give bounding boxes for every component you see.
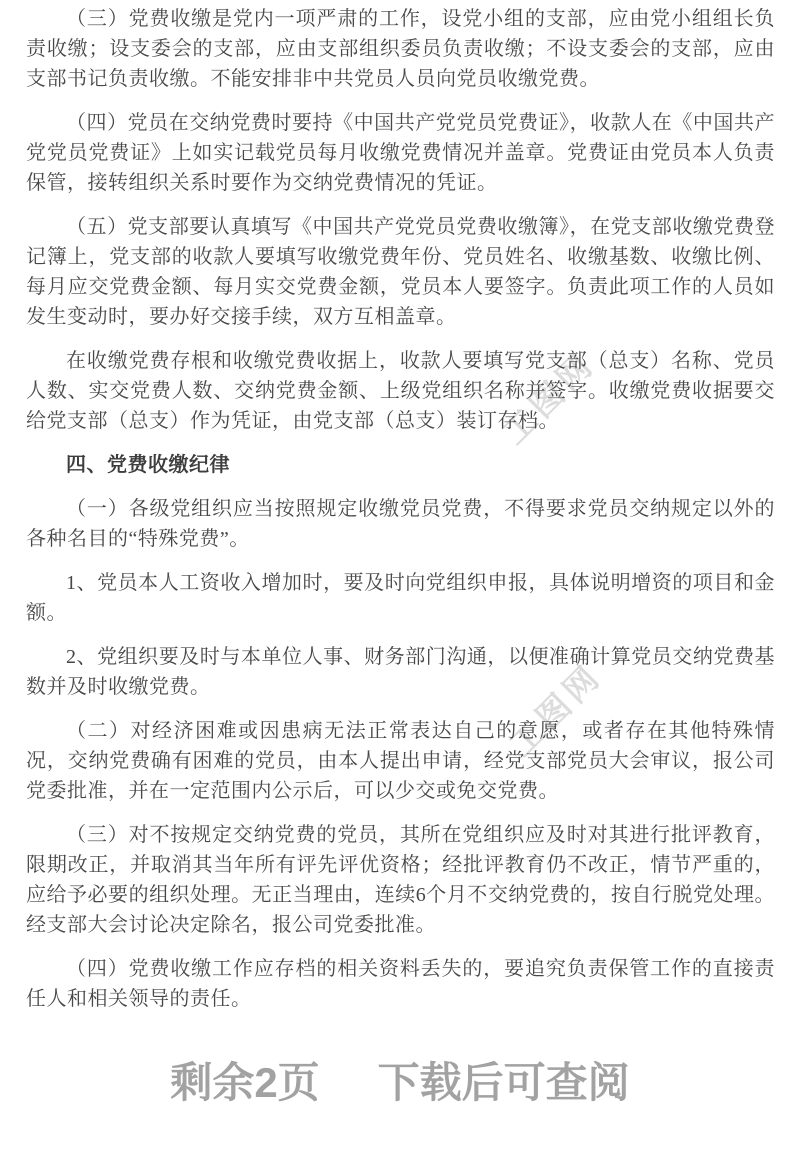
document-page: 工图网 工图网 （三）党费收缴是党内一项严肃的工作，设党小组的支部，应由党小组组…: [0, 0, 800, 1167]
paragraph: （四）党员在交纳党费时要持《中国共产党党员党费证》，收款人在《中国共产党党员党费…: [26, 108, 775, 198]
section-heading: 四、党费收缴纪律: [26, 450, 775, 480]
paragraph: 2、党组织要及时与本单位人事、财务部门沟通，以便准确计算党员交纳党费基数并及时收…: [26, 642, 775, 702]
document-body: （三）党费收缴是党内一项严肃的工作，设党小组的支部，应由党小组组长负责收缴；设支…: [26, 0, 775, 1014]
paragraph: （四）党费收缴工作应存档的相关资料丢失的，要追究负责保管工作的直接责任人和相关领…: [26, 954, 775, 1014]
remaining-pages-text: 剩余2页: [170, 1059, 319, 1106]
download-hint-text: 下载后可查阅: [378, 1059, 630, 1106]
paragraph: （五）党支部要认真填写《中国共产党党员党费收缴簿》，在党支部收缴党费登记簿上，党…: [26, 212, 775, 332]
paragraph: 1、党员本人工资收入增加时，要及时向党组织申报，具体说明增资的项目和金额。: [26, 568, 775, 628]
paragraph: （一）各级党组织应当按照规定收缴党员党费，不得要求党员交纳规定以外的各种名目的“…: [26, 494, 775, 554]
paragraph: 在收缴党费存根和收缴党费收据上，收款人要填写党支部（总支）名称、党员人数、实交党…: [26, 346, 775, 436]
paragraph: （三）对不按规定交纳党费的党员，其所在党组织应及时对其进行批评教育，限期改正，并…: [26, 820, 775, 940]
paragraph: （三）党费收缴是党内一项严肃的工作，设党小组的支部，应由党小组组长负责收缴；设支…: [26, 4, 775, 94]
download-banner[interactable]: 剩余2页下载后可查阅: [0, 1058, 800, 1108]
paragraph: （二）对经济困难或因患病无法正常表达自己的意愿，或者存在其他特殊情况，交纳党费确…: [26, 716, 775, 806]
